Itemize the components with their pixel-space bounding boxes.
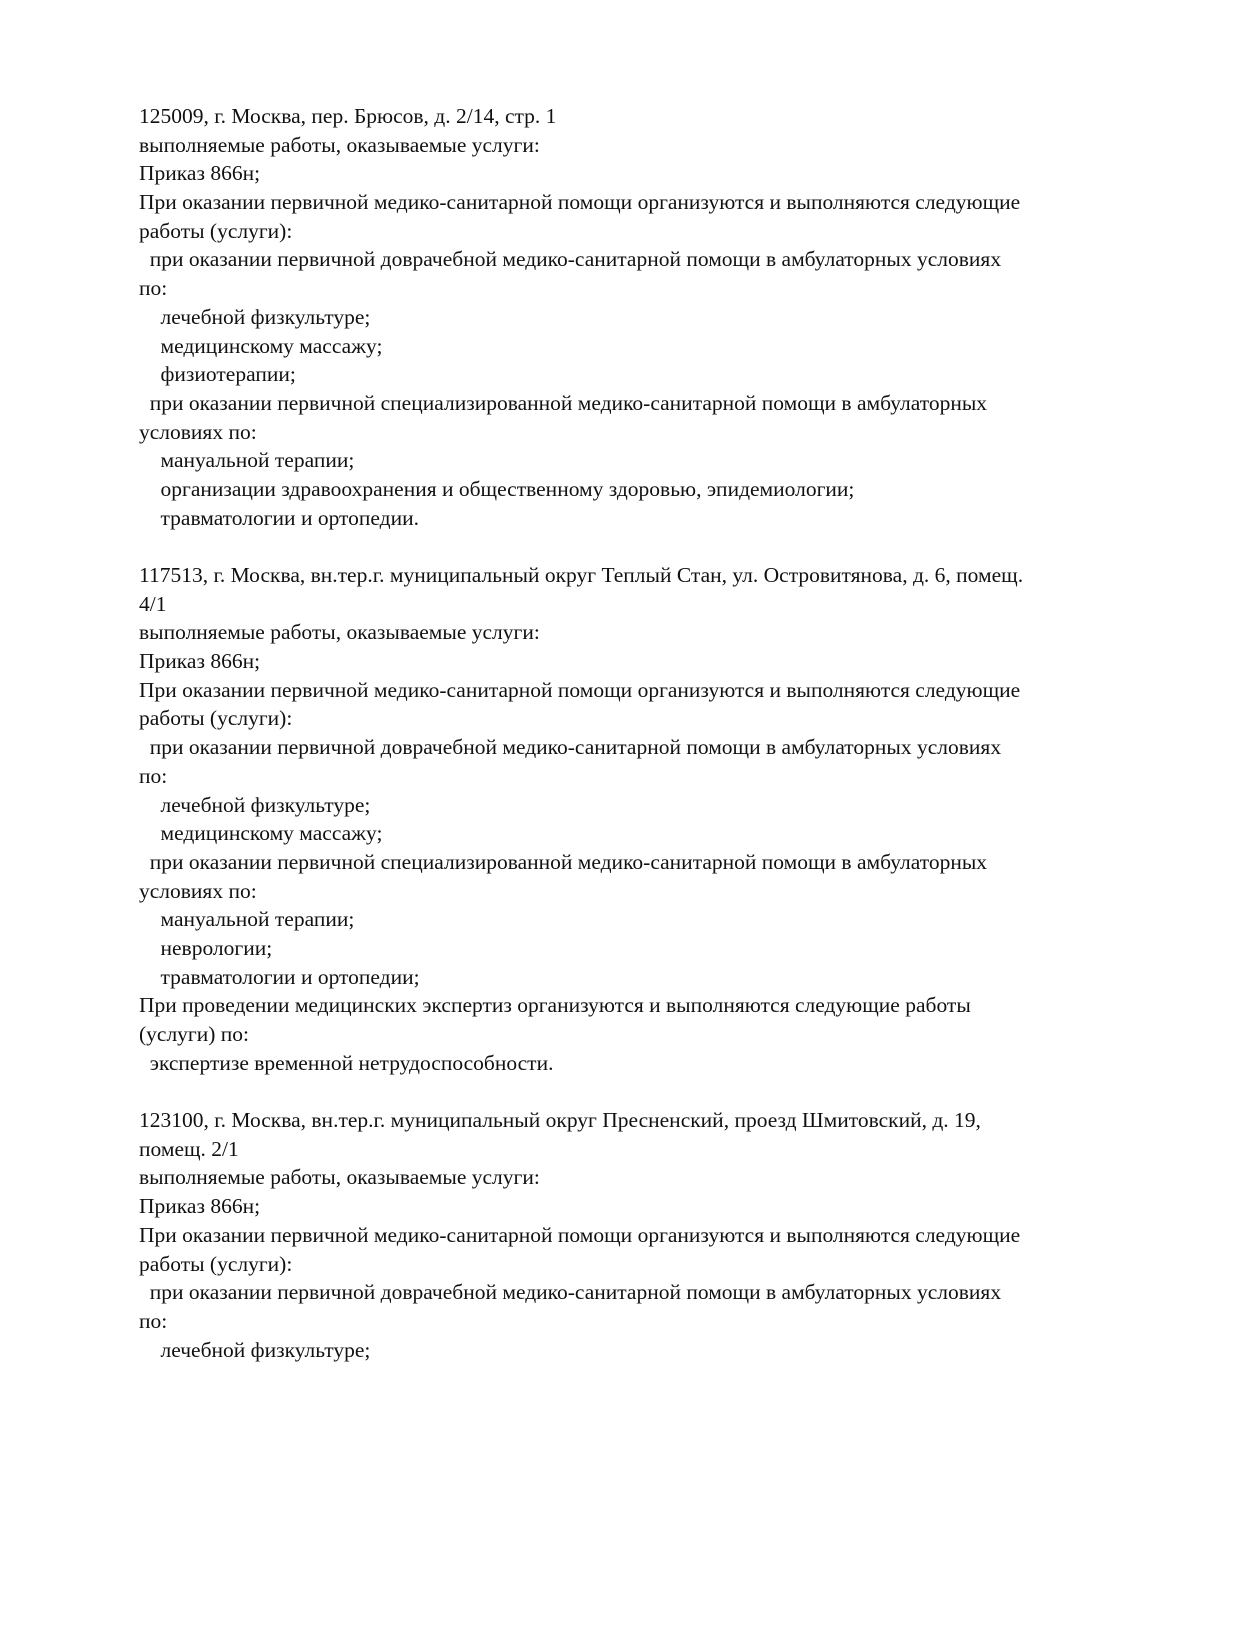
- text-line: выполняемые работы, оказываемые услуги:: [139, 131, 1139, 160]
- text-line: мануальной терапии;: [139, 446, 1139, 475]
- text-line: условиях по:: [139, 418, 1139, 447]
- text-line: При проведении медицинских экспертиз орг…: [139, 991, 1139, 1020]
- text-line: работы (услуги):: [139, 217, 1139, 246]
- address-block-3: 123100, г. Москва, вн.тер.г. муниципальн…: [139, 1106, 1139, 1364]
- text-line: при оказании первичной доврачебной медик…: [139, 733, 1139, 762]
- text-line: Приказ 866н;: [139, 159, 1139, 188]
- text-line: лечебной физкультуре;: [139, 1336, 1139, 1365]
- text-line: при оказании первичной специализированно…: [139, 389, 1139, 418]
- text-line: 123100, г. Москва, вн.тер.г. муниципальн…: [139, 1106, 1139, 1135]
- text-line: выполняемые работы, оказываемые услуги:: [139, 1163, 1139, 1192]
- text-line: при оказании первичной доврачебной медик…: [139, 245, 1139, 274]
- text-line: При оказании первичной медико-санитарной…: [139, 1221, 1139, 1250]
- text-line: 117513, г. Москва, вн.тер.г. муниципальн…: [139, 561, 1139, 590]
- text-line: травматологии и ортопедии;: [139, 963, 1139, 992]
- text-line: При оказании первичной медико-санитарной…: [139, 188, 1139, 217]
- address-block-1: 125009, г. Москва, пер. Брюсов, д. 2/14,…: [139, 102, 1139, 532]
- text-line: по:: [139, 1307, 1139, 1336]
- text-line: неврологии;: [139, 934, 1139, 963]
- text-line: выполняемые работы, оказываемые услуги:: [139, 618, 1139, 647]
- text-line: при оказании первичной специализированно…: [139, 848, 1139, 877]
- text-line: по:: [139, 274, 1139, 303]
- text-line: Приказ 866н;: [139, 1192, 1139, 1221]
- text-line: работы (услуги):: [139, 704, 1139, 733]
- text-line: помещ. 2/1: [139, 1135, 1139, 1164]
- text-line: при оказании первичной доврачебной медик…: [139, 1278, 1139, 1307]
- text-line: лечебной физкультуре;: [139, 303, 1139, 332]
- text-line: организации здравоохранения и общественн…: [139, 475, 1139, 504]
- text-line: работы (услуги):: [139, 1250, 1139, 1279]
- text-line: экспертизе временной нетрудоспособности.: [139, 1049, 1139, 1078]
- text-line: Приказ 866н;: [139, 647, 1139, 676]
- text-line: 4/1: [139, 590, 1139, 619]
- address-block-2: 117513, г. Москва, вн.тер.г. муниципальн…: [139, 561, 1139, 1077]
- text-line: условиях по:: [139, 877, 1139, 906]
- text-line: (услуги) по:: [139, 1020, 1139, 1049]
- text-line: медицинскому массажу;: [139, 332, 1139, 361]
- document-page: 125009, г. Москва, пер. Брюсов, д. 2/14,…: [139, 102, 1139, 1393]
- text-line: При оказании первичной медико-санитарной…: [139, 676, 1139, 705]
- text-line: мануальной терапии;: [139, 905, 1139, 934]
- text-line: лечебной физкультуре;: [139, 791, 1139, 820]
- text-line: физиотерапии;: [139, 360, 1139, 389]
- text-line: по:: [139, 762, 1139, 791]
- text-line: медицинскому массажу;: [139, 819, 1139, 848]
- text-line: травматологии и ортопедии.: [139, 504, 1139, 533]
- text-line: 125009, г. Москва, пер. Брюсов, д. 2/14,…: [139, 102, 1139, 131]
